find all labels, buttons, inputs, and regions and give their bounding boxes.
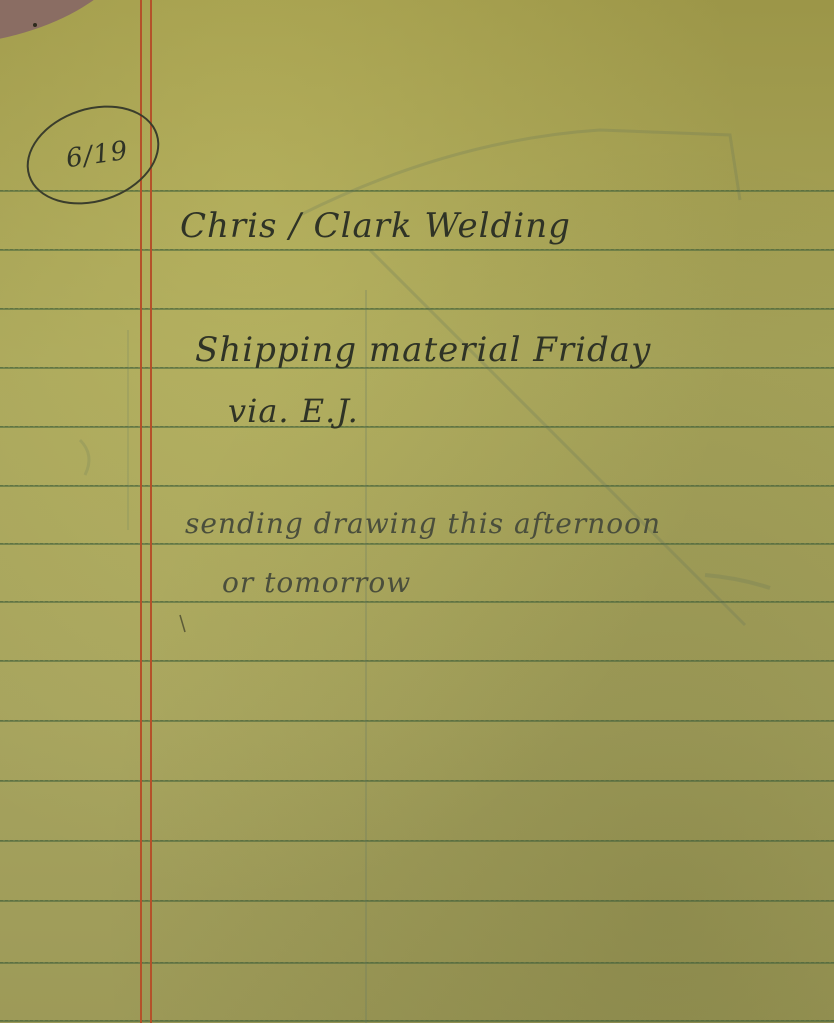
background-corner xyxy=(0,0,144,44)
ruled-line xyxy=(0,249,834,251)
ruled-line xyxy=(0,660,834,662)
note-line-via: via. E.J. xyxy=(228,392,359,430)
ink-dot xyxy=(33,23,37,27)
ruled-line xyxy=(0,308,834,310)
pencil-guide-line xyxy=(127,330,129,530)
note-line-tomorrow: or tomorrow xyxy=(222,566,411,599)
note-line-contact: Chris / Clark Welding xyxy=(180,206,571,246)
ruled-line xyxy=(0,1020,834,1022)
ruled-line xyxy=(0,601,834,603)
legal-pad-page: 6/19 Chris / Clark Welding Shipping mate… xyxy=(0,0,834,1023)
ruled-line xyxy=(0,485,834,487)
ruled-line xyxy=(0,543,834,545)
ruled-line xyxy=(0,840,834,842)
pencil-guide-line xyxy=(365,290,367,1023)
note-line-drawing: sending drawing this afternoon xyxy=(185,507,661,540)
ruled-line xyxy=(0,426,834,428)
note-line-shipping: Shipping material Friday xyxy=(195,330,651,370)
ruled-line xyxy=(0,900,834,902)
ruled-line xyxy=(0,720,834,722)
ruled-line xyxy=(0,780,834,782)
ruled-line xyxy=(0,962,834,964)
